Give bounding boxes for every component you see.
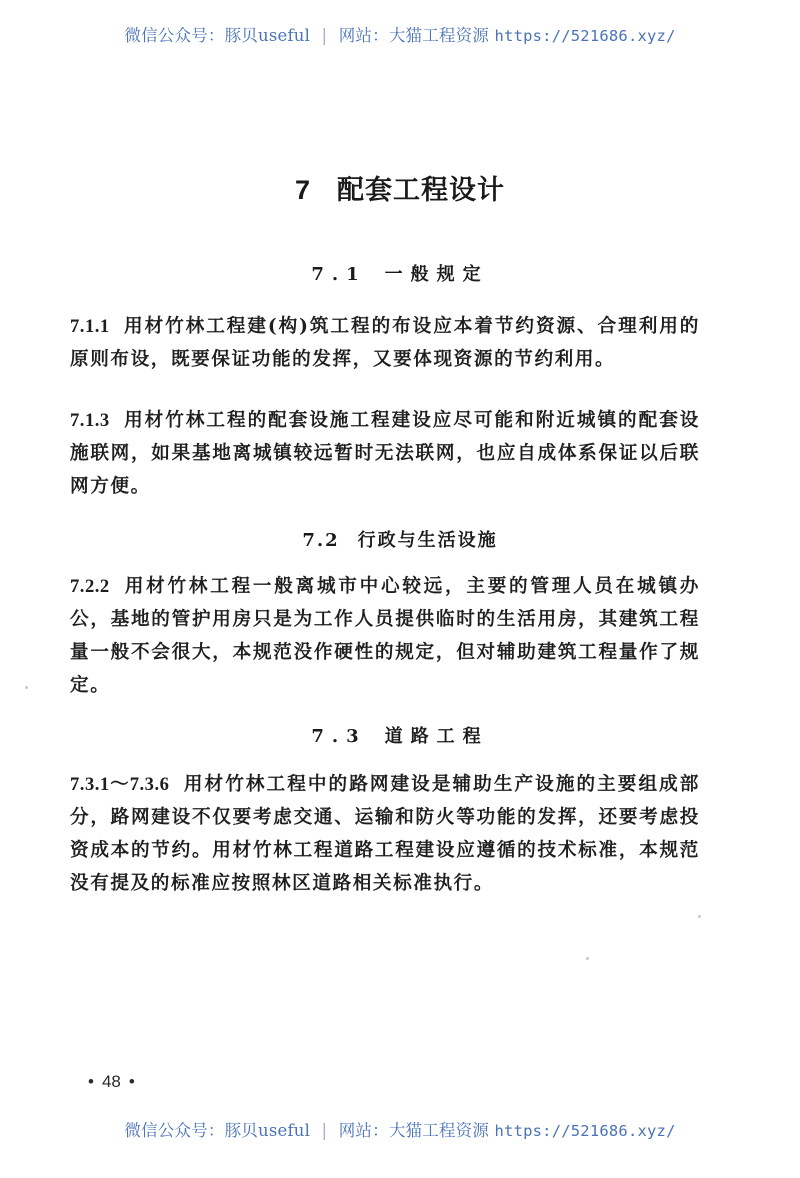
page-dot-left: • — [88, 1072, 94, 1091]
clause-text: 用材竹林工程一般离城市中心较远，主要的管理人员在城镇办公，基地的管护用房只是为工… — [70, 576, 700, 696]
section-title-7-3: 7.3道路工程 — [0, 722, 800, 748]
watermark-site: 网站：大猫工程资源 — [339, 1121, 489, 1140]
scan-speck — [698, 915, 701, 918]
scan-speck — [586, 957, 589, 960]
chapter-title-text: 配套工程设计 — [337, 175, 505, 206]
watermark-url: https://521686.xyz/ — [495, 27, 676, 45]
watermark-footer: 微信公众号：豚贝useful | 网站：大猫工程资源 https://52168… — [0, 1117, 800, 1141]
scan-speck — [25, 686, 28, 689]
clause-7-3-1-to-7-3-6: 7.3.1～7.3.6用材竹林工程中的路网建设是辅助生产设施的主要组成部分，路网… — [70, 768, 700, 900]
clause-7-1-3: 7.1.3用材竹林工程的配套设施工程建设应尽可能和附近城镇的配套设施联网，如果基… — [70, 404, 700, 503]
watermark-site: 网站：大猫工程资源 — [339, 26, 489, 45]
watermark-separator: | — [322, 1121, 328, 1140]
chapter-number: 7 — [295, 175, 311, 205]
section-title-7-1: 7.1一般规定 — [0, 260, 800, 286]
watermark-separator: | — [322, 26, 328, 45]
section-title-text: 行政与生活设施 — [358, 530, 498, 551]
clause-number: 7.1.3 — [70, 410, 110, 431]
clause-number: 7.1.1 — [70, 316, 110, 337]
clause-text: 用材竹林工程的配套设施工程建设应尽可能和附近城镇的配套设施联网，如果基地离城镇较… — [70, 410, 700, 497]
watermark-url: https://521686.xyz/ — [495, 1122, 676, 1140]
clause-7-2-2: 7.2.2用材竹林工程一般离城市中心较远，主要的管理人员在城镇办公，基地的管护用… — [70, 570, 700, 702]
section-title-text: 道路工程 — [385, 726, 489, 747]
page-number-value: 48 — [102, 1072, 121, 1091]
section-number: 7.3 — [311, 726, 366, 747]
page-dot-right: • — [129, 1072, 135, 1091]
page-number: •48• — [80, 1072, 143, 1092]
clause-number: 7.2.2 — [70, 576, 110, 597]
clause-text: 用材竹林工程建(构)筑工程的布设应本着节约资源、合理利用的原则布设，既要保证功能… — [70, 316, 700, 370]
clause-7-1-1: 7.1.1用材竹林工程建(构)筑工程的布设应本着节约资源、合理利用的原则布设，既… — [70, 310, 700, 376]
watermark-wechat: 微信公众号：豚贝useful — [124, 26, 310, 45]
chapter-title: 7配套工程设计 — [0, 168, 800, 207]
section-title-text: 一般规定 — [385, 264, 489, 285]
watermark-header: 微信公众号：豚贝useful | 网站：大猫工程资源 https://52168… — [0, 22, 800, 46]
section-number: 7.1 — [311, 264, 366, 285]
section-title-7-2: 7.2行政与生活设施 — [0, 526, 800, 552]
watermark-wechat: 微信公众号：豚贝useful — [124, 1121, 310, 1140]
section-number: 7.2 — [302, 530, 339, 551]
clause-number: 7.3.1～7.3.6 — [70, 774, 169, 795]
